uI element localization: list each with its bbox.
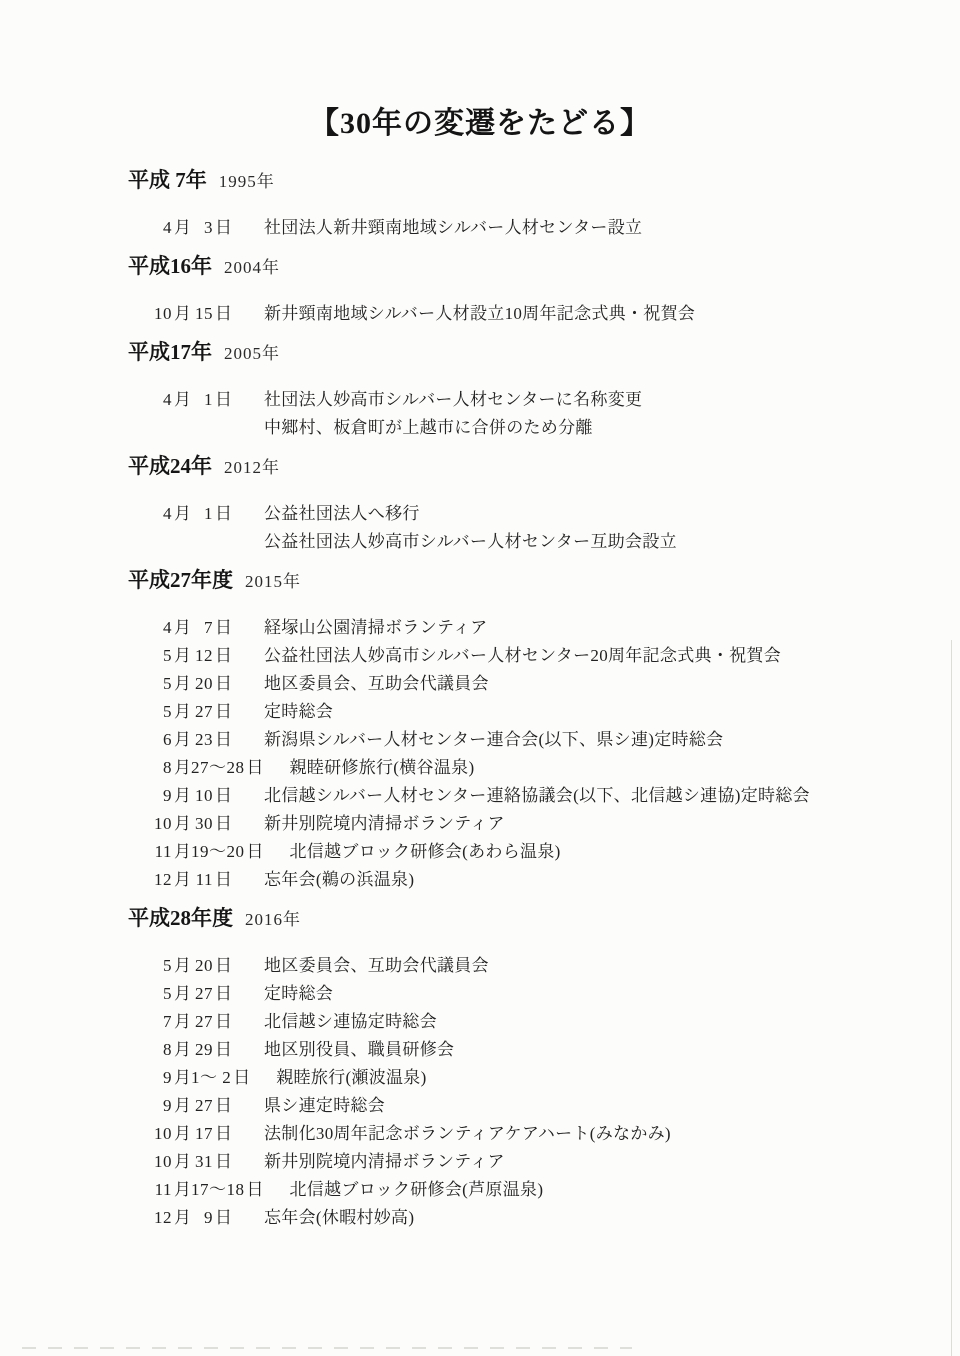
event-month: 4 — [150, 500, 172, 528]
day-unit: 日 — [215, 1204, 232, 1232]
day-unit: 日 — [215, 782, 232, 810]
month-unit: 月 — [174, 386, 191, 414]
event-description: 公益社団法人へ移行 — [264, 500, 420, 528]
month-unit: 月 — [174, 1120, 191, 1148]
event-row: 9月1〜 2日 親睦旅行(瀬波温泉) — [150, 1064, 960, 1092]
event-date: 4月3日 — [150, 214, 238, 242]
era-label: 平成28年度 — [128, 906, 233, 930]
event-day: 3 — [191, 214, 213, 242]
timeline-sections: 平成 7年1995年 4月3日 社団法人新井頸南地域シルバー人材センター設立 平… — [0, 166, 960, 1232]
event-date: 12月9日 — [150, 1204, 238, 1232]
era-section: 平成28年度2016年 5月20日 地区委員会、互助会代議員会 5月27日 定時… — [0, 904, 960, 1232]
month-unit: 月 — [174, 670, 191, 698]
event-description: 定時総会 — [264, 698, 333, 726]
gregorian-year: 2004年 — [224, 258, 280, 277]
event-description: 新井別院境内清掃ボランティア — [264, 810, 505, 838]
event-row: 月日 中郷村、板倉町が上越市に合併のため分離 — [150, 414, 960, 442]
day-unit: 日 — [247, 1176, 264, 1204]
day-unit: 日 — [215, 642, 232, 670]
era-section: 平成24年2012年 4月1日 公益社団法人へ移行 月日 公益社団法人妙高市シル… — [0, 452, 960, 556]
event-row: 10月15日 新井頸南地域シルバー人材設立10周年記念式典・祝賀会 — [150, 300, 960, 328]
event-row: 11月19〜20日 北信越ブロック研修会(あわら温泉) — [150, 838, 960, 866]
day-unit: 日 — [215, 1008, 232, 1036]
event-date: 4月7日 — [150, 614, 238, 642]
event-date: 4月1日 — [150, 386, 238, 414]
event-description: 親睦研修旅行(横谷温泉) — [290, 754, 475, 782]
event-description: 親睦旅行(瀬波温泉) — [276, 1064, 426, 1092]
event-row: 月日 公益社団法人妙高市シルバー人材センター互助会設立 — [150, 528, 960, 556]
event-description: 社団法人新井頸南地域シルバー人材センター設立 — [264, 214, 642, 242]
event-description: 地区委員会、互助会代議員会 — [264, 670, 489, 698]
day-unit: 日 — [215, 726, 232, 754]
event-row: 4月3日 社団法人新井頸南地域シルバー人材センター設立 — [150, 214, 960, 242]
event-day: 20 — [191, 952, 213, 980]
event-month: 8 — [150, 754, 172, 782]
event-row: 5月20日 地区委員会、互助会代議員会 — [150, 952, 960, 980]
event-row: 10月30日 新井別院境内清掃ボランティア — [150, 810, 960, 838]
event-month: 10 — [150, 1148, 172, 1176]
event-list: 4月1日 社団法人妙高市シルバー人材センターに名称変更 月日 中郷村、板倉町が上… — [0, 386, 960, 442]
event-date: 5月12日 — [150, 642, 238, 670]
event-day: 19〜20 — [191, 838, 245, 866]
event-date: 11月17〜18日 — [150, 1176, 264, 1204]
day-unit: 日 — [215, 500, 232, 528]
event-list: 4月7日 経塚山公園清掃ボランティア 5月12日 公益社団法人妙高市シルバー人材… — [0, 614, 960, 894]
event-row: 5月20日 地区委員会、互助会代議員会 — [150, 670, 960, 698]
month-unit: 月 — [174, 838, 191, 866]
event-month: 11 — [150, 838, 172, 866]
day-unit: 日 — [247, 754, 264, 782]
month-unit: 月 — [174, 980, 191, 1008]
era-label: 平成17年 — [128, 340, 212, 364]
month-unit: 月 — [174, 698, 191, 726]
event-list: 4月1日 公益社団法人へ移行 月日 公益社団法人妙高市シルバー人材センター互助会… — [0, 500, 960, 556]
day-unit: 日 — [215, 698, 232, 726]
event-month: 5 — [150, 980, 172, 1008]
event-list: 5月20日 地区委員会、互助会代議員会 5月27日 定時総会 7月27日 北信越… — [0, 952, 960, 1232]
gregorian-year: 2012年 — [224, 458, 280, 477]
month-unit: 月 — [174, 1064, 191, 1092]
event-row: 4月1日 社団法人妙高市シルバー人材センターに名称変更 — [150, 386, 960, 414]
era-heading: 平成17年2005年 — [128, 338, 960, 368]
event-month: 8 — [150, 1036, 172, 1064]
month-unit: 月 — [174, 214, 191, 242]
page-title: 【30年の変遷をたどる】 — [0, 0, 960, 144]
event-row: 10月17日 法制化30周年記念ボランティアケアハート(みなかみ) — [150, 1120, 960, 1148]
month-unit: 月 — [174, 810, 191, 838]
event-day: 1 — [191, 500, 213, 528]
event-month: 9 — [150, 1064, 172, 1092]
event-day: 20 — [191, 670, 213, 698]
era-section: 平成27年度2015年 4月7日 経塚山公園清掃ボランティア 5月12日 公益社… — [0, 566, 960, 894]
event-date: 5月27日 — [150, 980, 238, 1008]
gregorian-year: 2016年 — [245, 910, 301, 929]
era-heading: 平成28年度2016年 — [128, 904, 960, 934]
day-unit: 日 — [215, 614, 232, 642]
event-month: 5 — [150, 670, 172, 698]
event-date: 10月15日 — [150, 300, 238, 328]
day-unit: 日 — [215, 1120, 232, 1148]
event-date: 11月19〜20日 — [150, 838, 264, 866]
event-row: 4月1日 公益社団法人へ移行 — [150, 500, 960, 528]
day-unit: 日 — [215, 866, 232, 894]
event-month: 5 — [150, 642, 172, 670]
event-row: 12月9日 忘年会(休暇村妙高) — [150, 1204, 960, 1232]
gregorian-year: 2005年 — [224, 344, 280, 363]
event-date: 5月20日 — [150, 952, 238, 980]
event-description: 中郷村、板倉町が上越市に合併のため分離 — [264, 414, 593, 442]
month-unit: 月 — [174, 300, 191, 328]
event-description: 定時総会 — [264, 980, 333, 1008]
event-row: 11月17〜18日 北信越ブロック研修会(芦原温泉) — [150, 1176, 960, 1204]
event-date: 10月31日 — [150, 1148, 238, 1176]
event-row: 9月27日 県シ連定時総会 — [150, 1092, 960, 1120]
event-month: 5 — [150, 952, 172, 980]
era-section: 平成16年2004年 10月15日 新井頸南地域シルバー人材設立10周年記念式典… — [0, 252, 960, 328]
event-day: 9 — [191, 1204, 213, 1232]
event-day: 17〜18 — [191, 1176, 245, 1204]
event-day: 1 — [191, 386, 213, 414]
era-heading: 平成16年2004年 — [128, 252, 960, 282]
event-day: 7 — [191, 614, 213, 642]
event-description: 新井頸南地域シルバー人材設立10周年記念式典・祝賀会 — [264, 300, 695, 328]
era-heading: 平成 7年1995年 — [128, 166, 960, 196]
event-day: 27 — [191, 980, 213, 1008]
month-unit: 月 — [174, 614, 191, 642]
event-row: 10月31日 新井別院境内清掃ボランティア — [150, 1148, 960, 1176]
event-day: 29 — [191, 1036, 213, 1064]
month-unit: 月 — [174, 754, 191, 782]
event-month: 12 — [150, 866, 172, 894]
event-date: 5月20日 — [150, 670, 238, 698]
event-row: 9月10日 北信越シルバー人材センター連絡協議会(以下、北信越シ連協)定時総会 — [150, 782, 960, 810]
event-day: 31 — [191, 1148, 213, 1176]
month-unit: 月 — [174, 642, 191, 670]
event-day: 27 — [191, 1092, 213, 1120]
event-month: 4 — [150, 386, 172, 414]
event-date: 12月11日 — [150, 866, 238, 894]
event-month: 4 — [150, 614, 172, 642]
era-heading: 平成27年度2015年 — [128, 566, 960, 596]
scan-artifact-right-edge — [951, 640, 952, 1356]
event-row: 8月29日 地区別役員、職員研修会 — [150, 1036, 960, 1064]
era-label: 平成27年度 — [128, 568, 233, 592]
event-description: 北信越シルバー人材センター連絡協議会(以下、北信越シ連協)定時総会 — [264, 782, 810, 810]
event-month: 7 — [150, 1008, 172, 1036]
day-unit: 日 — [215, 810, 232, 838]
gregorian-year: 1995年 — [219, 172, 275, 191]
event-description: 県シ連定時総会 — [264, 1092, 385, 1120]
event-date: 8月29日 — [150, 1036, 238, 1064]
month-unit: 月 — [174, 500, 191, 528]
event-day: 30 — [191, 810, 213, 838]
month-unit: 月 — [174, 1204, 191, 1232]
event-list: 10月15日 新井頸南地域シルバー人材設立10周年記念式典・祝賀会 — [0, 300, 960, 328]
month-unit: 月 — [174, 1176, 191, 1204]
event-description: 北信越シ連協定時総会 — [264, 1008, 437, 1036]
event-month: 6 — [150, 726, 172, 754]
event-day: 1〜 2 — [191, 1064, 231, 1092]
event-description: 地区委員会、互助会代議員会 — [264, 952, 489, 980]
era-section: 平成17年2005年 4月1日 社団法人妙高市シルバー人材センターに名称変更 月… — [0, 338, 960, 442]
event-row: 12月11日 忘年会(鵜の浜温泉) — [150, 866, 960, 894]
month-unit: 月 — [174, 726, 191, 754]
event-month: 4 — [150, 214, 172, 242]
event-description: 地区別役員、職員研修会 — [264, 1036, 454, 1064]
event-day: 17 — [191, 1120, 213, 1148]
era-heading: 平成24年2012年 — [128, 452, 960, 482]
event-month: 10 — [150, 810, 172, 838]
event-description: 忘年会(休暇村妙高) — [264, 1204, 414, 1232]
event-description: 北信越ブロック研修会(あわら温泉) — [290, 838, 561, 866]
day-unit: 日 — [215, 300, 232, 328]
event-day: 12 — [191, 642, 213, 670]
event-description: 公益社団法人妙高市シルバー人材センター20周年記念式典・祝賀会 — [264, 642, 781, 670]
event-description: 北信越ブロック研修会(芦原温泉) — [290, 1176, 544, 1204]
event-description: 経塚山公園清掃ボランティア — [264, 614, 488, 642]
event-day: 23 — [191, 726, 213, 754]
day-unit: 日 — [215, 214, 232, 242]
event-day: 15 — [191, 300, 213, 328]
event-day: 11 — [191, 866, 213, 894]
event-day: 27 — [191, 1008, 213, 1036]
event-row: 8月27〜28日 親睦研修旅行(横谷温泉) — [150, 754, 960, 782]
event-month: 9 — [150, 1092, 172, 1120]
event-date: 9月10日 — [150, 782, 238, 810]
month-unit: 月 — [174, 1008, 191, 1036]
event-day: 27〜28 — [191, 754, 245, 782]
day-unit: 日 — [215, 1092, 232, 1120]
event-row: 7月27日 北信越シ連協定時総会 — [150, 1008, 960, 1036]
day-unit: 日 — [215, 1036, 232, 1064]
event-row: 4月7日 経塚山公園清掃ボランティア — [150, 614, 960, 642]
event-date: 10月30日 — [150, 810, 238, 838]
month-unit: 月 — [174, 1036, 191, 1064]
day-unit: 日 — [215, 670, 232, 698]
event-description: 新井別院境内清掃ボランティア — [264, 1148, 505, 1176]
month-unit: 月 — [174, 1148, 191, 1176]
gregorian-year: 2015年 — [245, 572, 301, 591]
event-description: 公益社団法人妙高市シルバー人材センター互助会設立 — [264, 528, 677, 556]
era-label: 平成16年 — [128, 254, 212, 278]
event-date: 10月17日 — [150, 1120, 238, 1148]
day-unit: 日 — [247, 838, 264, 866]
era-label: 平成24年 — [128, 454, 212, 478]
event-month: 5 — [150, 698, 172, 726]
event-date: 7月27日 — [150, 1008, 238, 1036]
event-month: 11 — [150, 1176, 172, 1204]
event-date: 4月1日 — [150, 500, 238, 528]
event-month: 9 — [150, 782, 172, 810]
event-row: 5月27日 定時総会 — [150, 698, 960, 726]
event-month: 10 — [150, 300, 172, 328]
month-unit: 月 — [174, 866, 191, 894]
month-unit: 月 — [174, 782, 191, 810]
event-day: 27 — [191, 698, 213, 726]
event-description: 社団法人妙高市シルバー人材センターに名称変更 — [264, 386, 642, 414]
event-date: 5月27日 — [150, 698, 238, 726]
event-row: 6月23日 新潟県シルバー人材センター連合会(以下、県シ連)定時総会 — [150, 726, 960, 754]
event-date: 9月1〜 2日 — [150, 1064, 250, 1092]
event-date: 9月27日 — [150, 1092, 238, 1120]
event-row: 5月12日 公益社団法人妙高市シルバー人材センター20周年記念式典・祝賀会 — [150, 642, 960, 670]
event-date: 6月23日 — [150, 726, 238, 754]
month-unit: 月 — [174, 1092, 191, 1120]
event-description: 忘年会(鵜の浜温泉) — [264, 866, 414, 894]
era-label: 平成 7年 — [128, 168, 207, 192]
event-list: 4月3日 社団法人新井頸南地域シルバー人材センター設立 — [0, 214, 960, 242]
event-row: 5月27日 定時総会 — [150, 980, 960, 1008]
event-description: 新潟県シルバー人材センター連合会(以下、県シ連)定時総会 — [264, 726, 723, 754]
day-unit: 日 — [215, 1148, 232, 1176]
day-unit: 日 — [215, 980, 232, 1008]
event-month: 12 — [150, 1204, 172, 1232]
day-unit: 日 — [233, 1064, 250, 1092]
era-section: 平成 7年1995年 4月3日 社団法人新井頸南地域シルバー人材センター設立 — [0, 166, 960, 242]
day-unit: 日 — [215, 952, 232, 980]
event-description: 法制化30周年記念ボランティアケアハート(みなかみ) — [264, 1120, 671, 1148]
event-date: 8月27〜28日 — [150, 754, 264, 782]
scan-artifact-bottom-line — [22, 1347, 632, 1349]
scanned-document-page: 【30年の変遷をたどる】 平成 7年1995年 4月3日 社団法人新井頸南地域シ… — [0, 0, 960, 1356]
day-unit: 日 — [215, 386, 232, 414]
event-day: 10 — [191, 782, 213, 810]
event-month: 10 — [150, 1120, 172, 1148]
month-unit: 月 — [174, 952, 191, 980]
